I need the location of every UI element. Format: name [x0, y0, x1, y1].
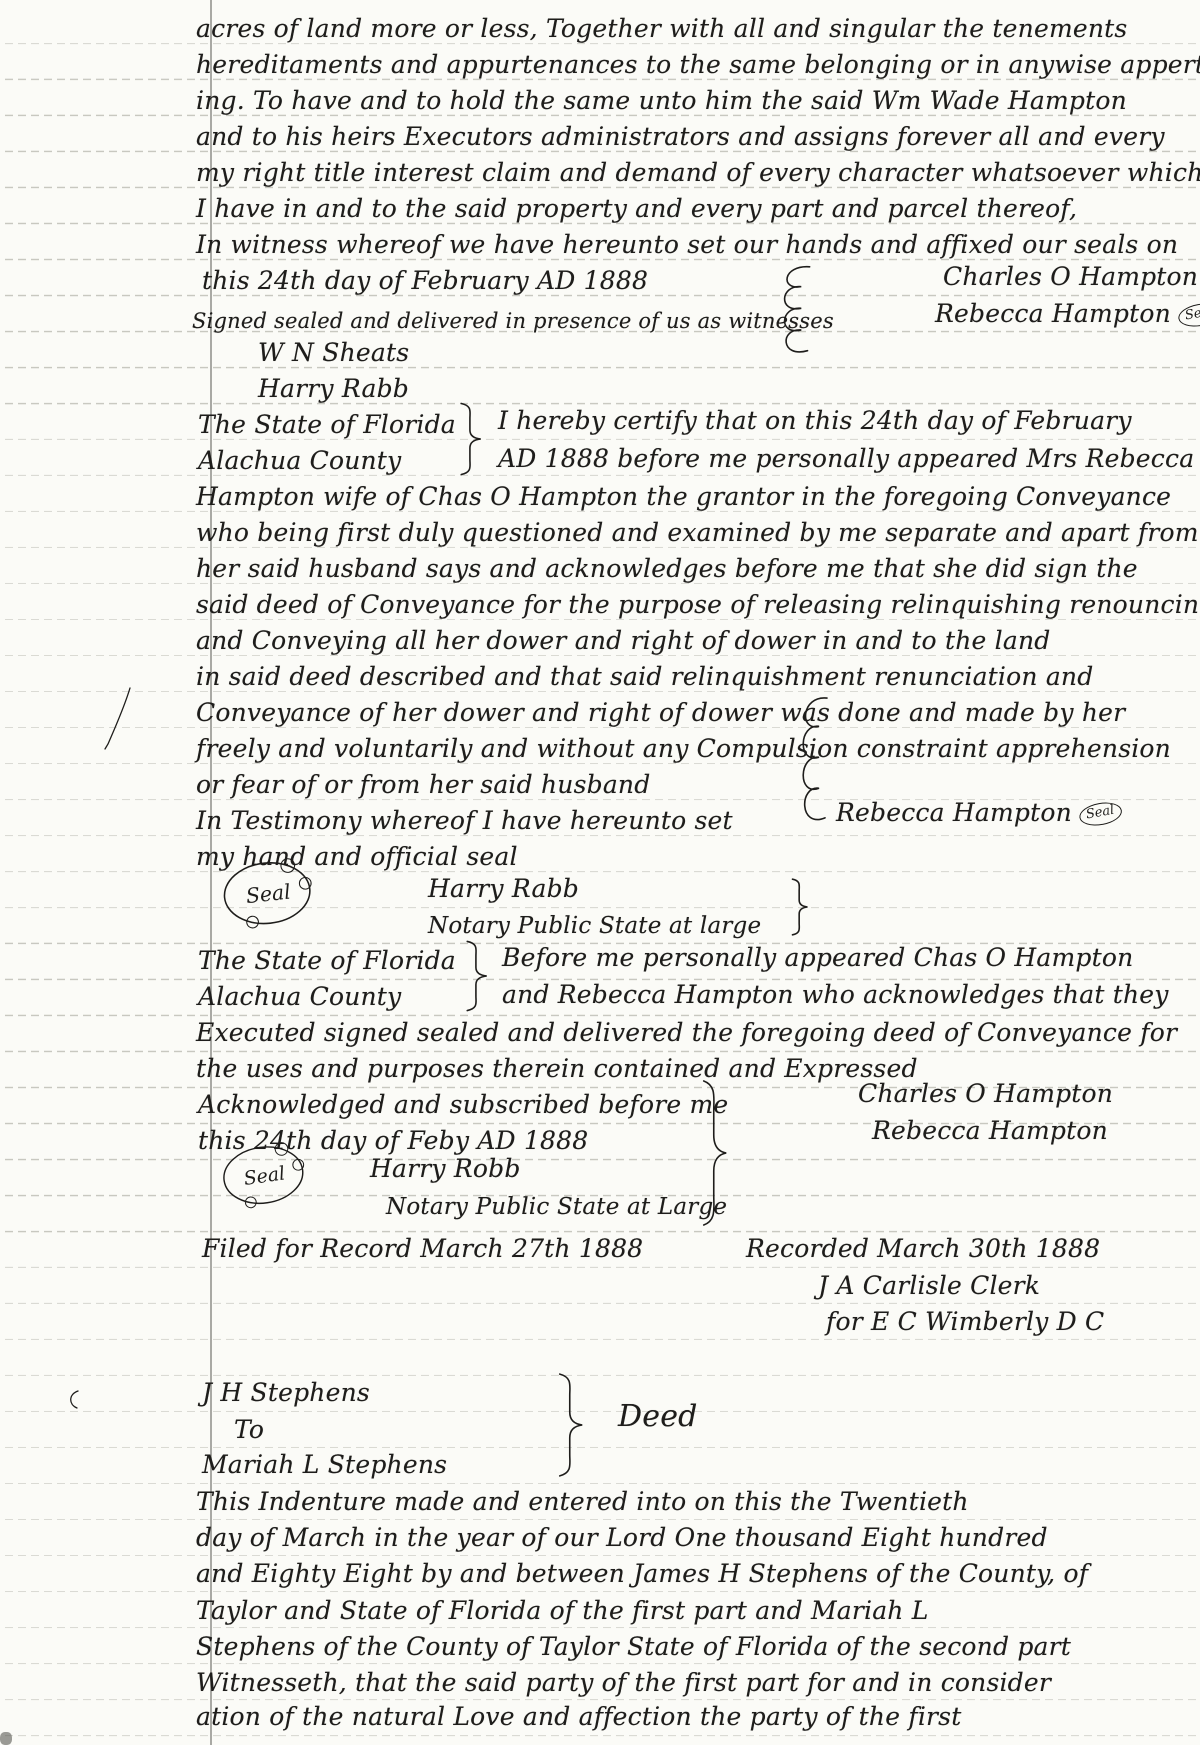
deed-body-line: I have in and to the said property and e…	[196, 195, 1077, 224]
venue-brace-icon	[464, 940, 490, 1012]
deed-record-page: acres of land more or less, Together wit…	[0, 0, 1200, 1745]
clerk-signature: J A Carlisle Clerk	[818, 1272, 1040, 1301]
deed-body-line: ing. To have and to hold the same unto h…	[196, 87, 1127, 116]
deed-body-line: In witness whereof we have hereunto set …	[196, 231, 1178, 260]
venue-county-line: Alachua County	[198, 983, 401, 1012]
grantor-signature: Rebecca HamptonSeal	[935, 300, 1200, 331]
deputy-clerk-signature: for E C Wimberly D C	[826, 1308, 1104, 1337]
grantor-signature: Charles O Hampton	[858, 1080, 1113, 1109]
deed-body-line: ation of the natural Love and affection …	[196, 1703, 961, 1732]
signature-name: Rebecca Hampton	[836, 798, 1072, 827]
notary-seal-circle: Seal	[216, 1134, 315, 1214]
testimony-bracket-squiggle-icon	[797, 694, 833, 834]
caption-brace-icon	[556, 1372, 586, 1478]
signature-name: Charles O Hampton	[943, 262, 1198, 291]
recorded-line: Recorded March 30th 1888	[746, 1235, 1100, 1264]
deed-body-line: Witnesseth, that the said party of the f…	[196, 1669, 1051, 1698]
seal-badge: Seal	[1176, 301, 1200, 330]
certificate-line: said deed of Conveyance for the purpose …	[196, 591, 1200, 620]
certificate-line: in said deed described and that said rel…	[196, 663, 1093, 692]
deed-body-line: hereditaments and appurtenances to the s…	[196, 51, 1200, 80]
margin-rule-line	[210, 0, 212, 1745]
certificate-line: and Conveying all her dower and right of…	[196, 627, 1050, 656]
grantor-signature: Rebecca Hampton	[872, 1117, 1108, 1146]
certificate-line: I hereby certify that on this 24th day o…	[498, 407, 1132, 436]
notary-title: Notary Public State at large	[428, 913, 761, 939]
filed-for-record-line: Filed for Record March 27th 1888	[202, 1235, 643, 1264]
margin-check-mark-icon	[102, 686, 134, 752]
notary-title: Notary Public State at Large	[386, 1194, 727, 1220]
deed-body-line: Taylor and State of Florida of the first…	[196, 1597, 929, 1626]
deed-body-line: Stephens of the County of Taylor State o…	[196, 1633, 1071, 1662]
venue-county-line: Alachua County	[198, 447, 401, 476]
caption-connector: To	[234, 1416, 264, 1445]
signature-name: Rebecca Hampton	[935, 299, 1171, 328]
certificate-line: Acknowledged and subscribed before me	[198, 1091, 728, 1120]
attestation-clause: Signed sealed and delivered in presence …	[192, 309, 834, 333]
venue-brace-icon	[458, 402, 484, 476]
notary-signature: Harry Rabb	[428, 875, 579, 904]
certificate-line: who being first duly questioned and exam…	[196, 519, 1199, 548]
certificate-line: her said husband says and acknowledges b…	[196, 555, 1138, 584]
witness-bracket-squiggle-icon	[778, 264, 816, 362]
certificate-line: Before me personally appeared Chas O Ham…	[502, 944, 1133, 973]
venue-state-line: The State of Florida	[198, 947, 456, 976]
certificate-line: or fear of or from her said husband	[196, 771, 650, 800]
certificate-line: Executed signed sealed and delivered the…	[196, 1019, 1177, 1048]
notary-signature: Harry Robb	[370, 1155, 521, 1184]
certificate-line: freely and voluntarily and without any C…	[196, 735, 1171, 764]
seal-label: Seal	[242, 1162, 286, 1190]
deed-body-line: this 24th day of February AD 1888	[202, 267, 648, 296]
witness-signature: W N Sheats	[258, 339, 409, 368]
scan-corner-smudge	[0, 1732, 12, 1745]
caption-grantee: Mariah L Stephens	[202, 1451, 447, 1480]
deed-body-line: acres of land more or less, Together wit…	[196, 15, 1127, 44]
certificate-line: Conveyance of her dower and right of dow…	[196, 699, 1125, 728]
deed-body-line: day of March in the year of our Lord One…	[196, 1524, 1048, 1553]
deed-body-line: my right title interest claim and demand…	[196, 159, 1200, 188]
certificate-line: Hampton wife of Chas O Hampton the grant…	[196, 483, 1171, 512]
instrument-type-label: Deed	[618, 1400, 698, 1435]
notary-seal-circle: Seal	[217, 851, 322, 933]
certificate-line: In Testimony whereof I have hereunto set	[196, 807, 733, 836]
grantor-signature: Charles O HamptonSeal	[943, 263, 1200, 294]
deed-body-line: This Indenture made and entered into on …	[196, 1488, 969, 1517]
seal-badge: Seal	[1077, 800, 1123, 829]
notary-brace-icon	[790, 878, 810, 936]
certificate-line: and Rebecca Hampton who acknowledges tha…	[502, 981, 1169, 1010]
witness-signature: Harry Rabb	[258, 375, 409, 404]
deed-body-line: and to his heirs Executors administrator…	[196, 123, 1165, 152]
dower-signature: Rebecca HamptonSeal	[836, 799, 1122, 830]
certificate-line: AD 1888 before me personally appeared Mr…	[498, 445, 1194, 474]
venue-state-line: The State of Florida	[198, 411, 456, 440]
deed-body-line: and Eighty Eight by and between James H …	[196, 1560, 1088, 1589]
margin-ink-mark-icon	[66, 1388, 82, 1412]
caption-grantor: J H Stephens	[202, 1379, 370, 1408]
certificate-line: the uses and purposes therein contained …	[196, 1055, 918, 1084]
seal-label: Seal	[245, 880, 292, 909]
